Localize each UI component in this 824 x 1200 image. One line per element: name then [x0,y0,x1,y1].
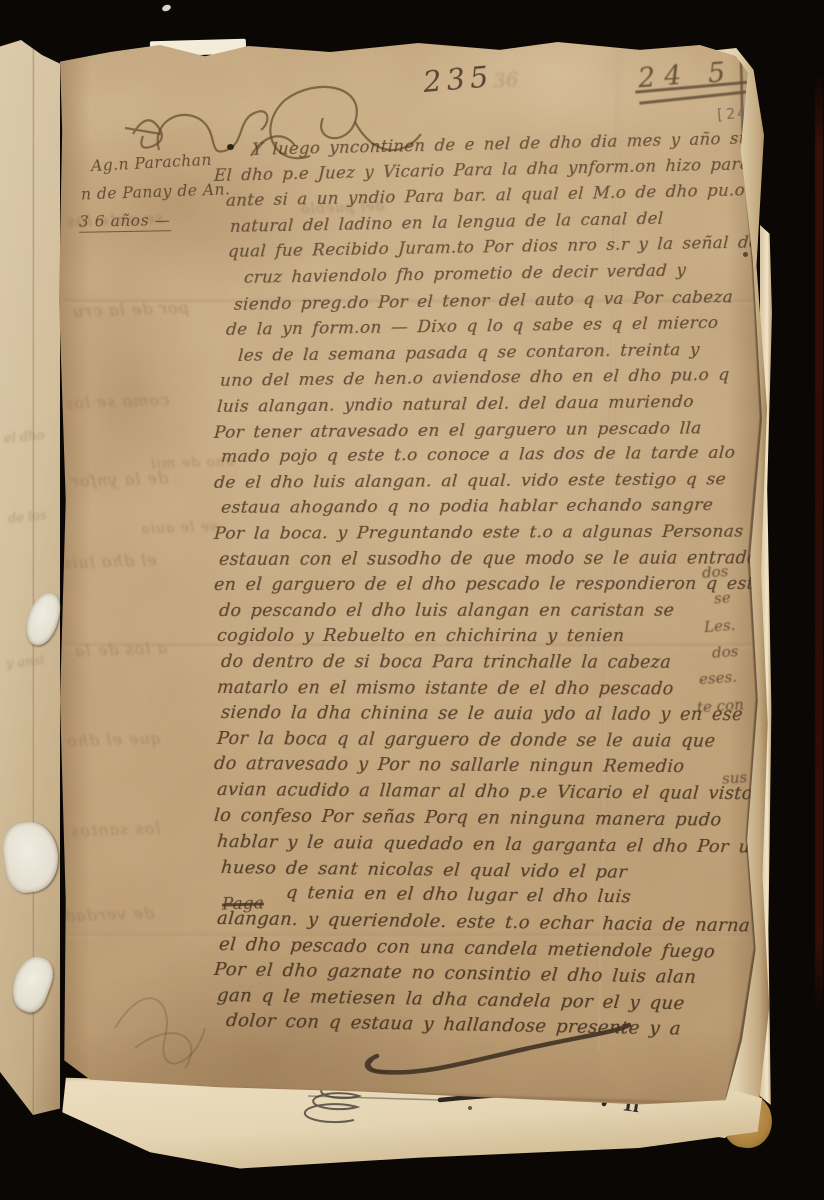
ink-blot [227,144,234,150]
bleedthrough-fragment: el dho luis [62,550,157,572]
manuscript-line: do atravesado y Por no sallarle ningun R… [213,754,685,777]
manuscript-line: Por tener atravesado en el garguero un p… [213,417,702,442]
folio-number-ink: 235 [422,59,495,99]
bleedthrough-fragment: se le auia [140,519,218,538]
manuscript-line: estaua ahogando q no podia hablar echand… [220,496,713,519]
manuscript-line: estauan con el susodho de que modo se le… [218,548,758,570]
line-end-fragment: dos [711,642,739,662]
bleedthrough-fragment: a los de la [74,638,168,660]
manuscript-line: luis alangan. yndio natural del. del dau… [216,391,694,416]
manuscript-line: do dentro de si boca Para trinchalle la … [220,652,671,673]
line-end-fragment: te con [696,695,744,716]
manuscript-line: alangan. y queriendole. este t.o echar h… [216,908,751,936]
strip-bleedthrough-fragment: de los [7,508,47,527]
manuscript-line: de el dho luis alangan. al qual. vido es… [213,469,726,492]
margin-note-age: 3 6 años — [79,211,171,233]
binding-gutter-shadow [815,70,823,1015]
bleedthrough-fragment: por de la cru [72,298,190,321]
manuscript-line: El dho p.e Juez y Vicario Para la dha yn… [214,153,779,184]
bleedthrough-fragment: que el dho [66,728,162,750]
ink-blot [743,252,748,257]
margin-note-witness-name: Ag.n Parachan [91,151,213,175]
manuscript-line: lo confeso Por señas Porq en ninguna man… [213,806,722,831]
manuscript-line: uno del mes de hen.o aviendose dho en el… [219,364,730,390]
manuscript-line: qual fue Recibido Juram.to Por dios nro … [228,232,785,261]
manuscript-line: Por la boca q al garguero de donde se le… [216,729,716,752]
strip-bleedthrough-fragment: y ansi [5,653,45,672]
line-end-fragment: Les. [703,616,735,636]
manuscript-line: de la yn form.on — Dixo q lo q sabe es q… [225,312,718,339]
manuscript-line: en el garguero de el dho pescado le resp… [213,574,777,595]
fold-line [32,40,35,1115]
bleedthrough-fragment: los santos [70,818,161,840]
manuscript-line: natural del ladino en la lengua de la ca… [230,209,664,236]
manuscript-line: matarlo en el mismo istante de el dho pe… [216,678,674,699]
line-end-fragment: dos [701,562,729,582]
line-end-fragment: sus [721,768,747,788]
manuscript-line: dolor con q estaua y hallandose presente… [225,1010,682,1040]
manuscript-line: q tenia en el dho lugar el dho luis [285,882,632,907]
bleedthrough-fragment: de verdad [64,903,155,925]
manuscript-line: les de la semana pasada q se contaron. t… [237,339,700,365]
bleedthrough-fragment: como se los [64,390,170,413]
manuscript-page: se ante lospor de la crucomo se losde la… [55,38,770,1113]
manuscript-line: siendo la dha chinina se le auia ydo al … [220,703,743,725]
manuscript-line: cruz haviendolo fho prometio de decir ve… [243,261,686,287]
manuscript-line: hueso de sant nicolas el qual vido el pa… [220,857,628,883]
manuscript-scan: { "colors":{ "background":"#0a0705", "pa… [0,0,824,1200]
margin-note-origin: n de Panay de An. [81,180,231,203]
manuscript-line: siendo preg.do Por el tenor del auto q v… [233,286,733,314]
manuscript-line: avian acudido a llamar al dho p.e Vicari… [216,780,753,804]
manuscript-line: Por la boca. y Preguntando este t.o a al… [213,522,764,544]
strip-bleedthrough-fragment: el dho [3,428,45,447]
folio-number-pencil: [247] [714,102,770,124]
manuscript-line: ante si a un yndio Para bar. al qual el … [226,180,803,211]
manuscript-line: do pescando el dho luis alangan en caris… [218,600,675,620]
folio-number-ghost: 36 [492,67,519,93]
facing-page-edge: el dhode losy ansi [0,40,60,1115]
manuscript-line: Por el dho gaznate no consintio el dho l… [213,959,697,988]
manuscript-line: mado pojo q este t.o conoce a las dos de… [220,443,735,467]
ink-layer: se ante lospor de la crucomo se losde la… [55,38,770,1113]
line-end-fragment: eses. [698,668,737,689]
line-end-fragment: se [713,588,731,607]
manuscript-line: cogidolo y Rebuelto en chichirina y teni… [216,626,625,646]
manuscript-line: hablar y le auia quedado en la garganta … [216,831,763,858]
manuscript-line: gan q le metiesen la dha candela por el … [216,985,685,1014]
struck-out-word: Paga [222,893,264,914]
manuscript-line: el dho pescado con una candela metiendol… [218,934,716,963]
dust-speck [161,4,172,13]
